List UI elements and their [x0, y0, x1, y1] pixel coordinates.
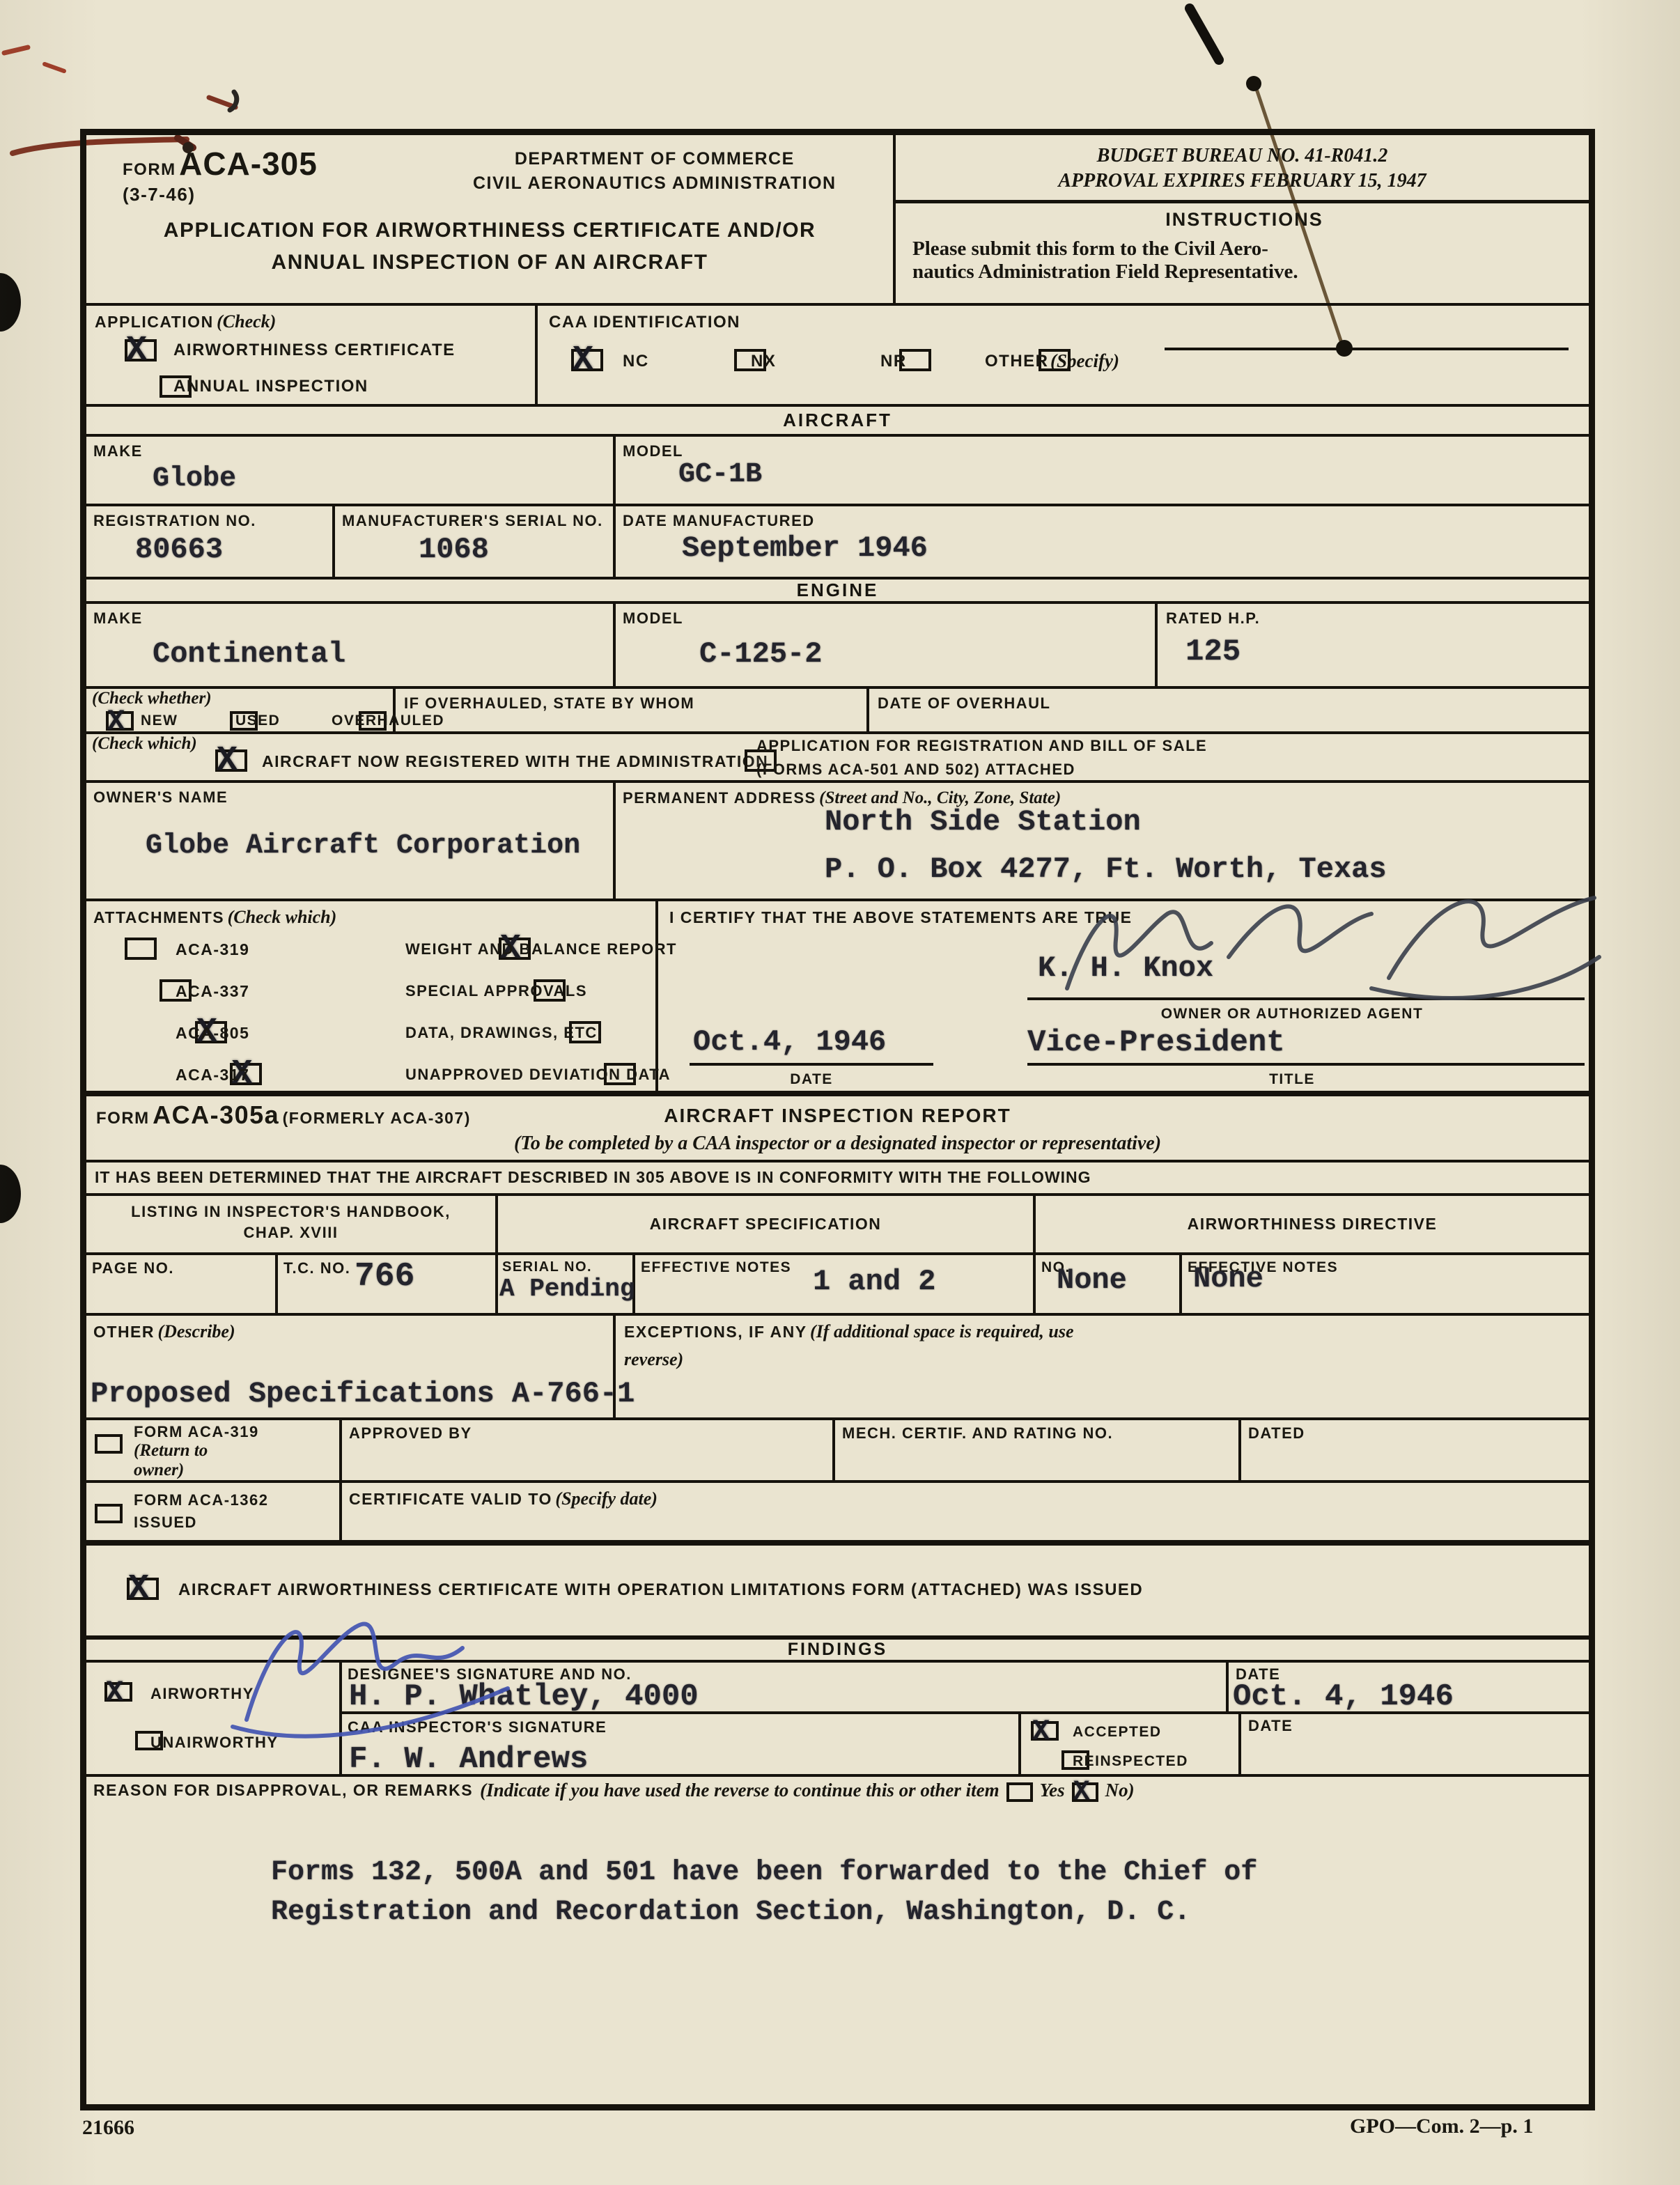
application-check-cell: APPLICATION (Check) X AIRWORTHINESS CERT… — [86, 306, 538, 404]
overhauled-by-label: IF OVERHAULED, STATE BY WHOM — [404, 694, 694, 713]
findings-band-title: FINDINGS — [788, 1640, 887, 1660]
engine-make-value: Continental — [153, 637, 345, 671]
rated-hp-label: RATED H.P. — [1166, 609, 1260, 628]
certify-title-caption: TITLE — [1027, 1071, 1557, 1088]
spec-serial-value: A Pending — [499, 1275, 635, 1303]
special-approvals-label: SPECIAL APPROVALS — [405, 982, 587, 1000]
airworthy-column: X AIRWORTHY X UNAIRWORTHY — [86, 1663, 342, 1774]
aca-317-label: ACA-317 — [176, 1066, 249, 1084]
date-of-overhaul-cell: DATE OF OVERHAUL — [869, 689, 1589, 731]
checkbox-certificate-issued[interactable]: X — [127, 1578, 159, 1600]
designee-signature-value: H. P. Whatley, 4000 — [349, 1679, 699, 1714]
aca-805-label: ACA-805 — [176, 1024, 249, 1043]
header-right: BUDGET BUREAU NO. 41-R041.2 APPROVAL EXP… — [896, 135, 1589, 303]
certify-title-value: Vice-President — [1027, 1025, 1285, 1060]
findings-band: FINDINGS — [86, 1640, 1589, 1663]
form-319-cell: X FORM ACA-319 (Return to owner) — [86, 1420, 342, 1480]
spec-serial-cell: SERIAL NO. A Pending — [498, 1255, 635, 1313]
form-319-return-note1: (Return to — [134, 1441, 208, 1461]
weight-balance-label: WEIGHT AND BALANCE REPORT — [405, 940, 677, 958]
unapproved-deviation-label: UNAPPROVED DEVIATION DATA — [405, 1066, 671, 1084]
approved-by-cell: APPROVED BY — [342, 1420, 835, 1480]
other-specify-note: (Specify) — [1050, 350, 1119, 372]
certificate-issued-row: X AIRCRAFT AIRWORTHINESS CERTIFICATE WIT… — [86, 1546, 1589, 1640]
engine-make-model-row: MAKE Continental MODEL C-125-2 RATED H.P… — [86, 604, 1589, 689]
inspector-date-label: DATE — [1248, 1717, 1293, 1735]
annual-inspection-label: ANNUAL INSPECTION — [173, 377, 368, 396]
approved-by-label: APPROVED BY — [349, 1424, 472, 1443]
findings-table: X AIRWORTHY X UNAIRWORTHY DESIGNEE'S SIG… — [86, 1663, 1589, 1777]
exceptions-note2: reverse) — [624, 1349, 683, 1370]
instructions-title: INSTRUCTIONS — [912, 209, 1576, 231]
directive-no-cell: NO. None — [1036, 1255, 1182, 1313]
spec-notes-cell: EFFECTIVE NOTES 1 and 2 — [635, 1255, 1036, 1313]
other-describe-label: OTHER — [93, 1323, 155, 1341]
determination-row: IT HAS BEEN DETERMINED THAT THE AIRCRAFT… — [86, 1163, 1589, 1196]
airworthiness-certificate-label: AIRWORTHINESS CERTIFICATE — [173, 341, 456, 360]
page-title-line2: ANNUAL INSPECTION OF AN AIRCRAFT — [86, 251, 893, 274]
findings-date-cell: DATE Oct. 4, 1946 — [1229, 1663, 1589, 1711]
engine-used-label: USED — [235, 713, 280, 729]
aircraft-make-label: MAKE — [93, 442, 143, 460]
checkbox-airworthy[interactable]: X — [104, 1682, 132, 1702]
other-describe-cell: OTHER (Describe) Proposed Specifications… — [86, 1316, 616, 1417]
reinspected-label: REINSPECTED — [1073, 1753, 1188, 1770]
dept-line2: CIVIL AERONAUTICS ADMINISTRATION — [473, 173, 837, 194]
attachments-certify-row: ATTACHMENTS (Check which) X ACA-319 X AC… — [86, 901, 1589, 1096]
certification-cell: I CERTIFY THAT THE ABOVE STATEMENTS ARE … — [658, 901, 1589, 1091]
engine-model-value: C-125-2 — [699, 637, 822, 671]
accepted-label: ACCEPTED — [1073, 1724, 1162, 1741]
certificate-issued-label: AIRCRAFT AIRWORTHINESS CERTIFICATE WITH … — [178, 1580, 1143, 1600]
form-number: ACA-305 — [179, 146, 318, 182]
address-line2-value: P. O. Box 4277, Ft. Worth, Texas — [825, 853, 1387, 886]
remarks-text-line2: Registration and Recordation Section, Wa… — [271, 1897, 1190, 1928]
engine-model-cell: MODEL C-125-2 — [616, 604, 1158, 686]
form-aca-305: FORM ACA-305 (3-7-46) DEPARTMENT OF COMM… — [80, 129, 1595, 2110]
report-subtitle: (To be completed by a CAA inspector or a… — [86, 1133, 1589, 1155]
exceptions-label: EXCEPTIONS, IF ANY — [624, 1323, 807, 1341]
page-title-line1: APPLICATION FOR AIRWORTHINESS CERTIFICAT… — [86, 219, 893, 242]
nx-label: NX — [751, 352, 776, 371]
checkbox-accepted[interactable]: X — [1031, 1721, 1059, 1741]
determination-text: IT HAS BEEN DETERMINED THAT THE AIRCRAFT… — [95, 1168, 1091, 1187]
attachments-check-note: (Check which) — [228, 907, 337, 927]
report-title: AIRCRAFT INSPECTION REPORT — [86, 1105, 1589, 1127]
conformity-values-row: PAGE NO. T.C. NO. 766 SERIAL NO. A Pendi… — [86, 1255, 1589, 1313]
conformity-header-row: LISTING IN INSPECTOR'S HANDBOOK, CHAP. X… — [86, 1196, 1589, 1255]
mech-certif-label: MECH. CERTIF. AND RATING NO. — [842, 1424, 1113, 1443]
engine-model-label: MODEL — [623, 609, 683, 628]
instructions-text1: Please submit this form to the Civil Aer… — [912, 238, 1576, 261]
approval-expires-line: APPROVAL EXPIRES FEBRUARY 15, 1947 — [896, 170, 1589, 192]
handbook-label-line1: LISTING IN INSPECTOR'S HANDBOOK, — [86, 1203, 495, 1221]
remarks-row: REASON FOR DISAPPROVAL, OR REMARKS (Indi… — [86, 1777, 1589, 2104]
form-1362-issued-label: ISSUED — [134, 1514, 197, 1532]
other-exceptions-row: OTHER (Describe) Proposed Specifications… — [86, 1316, 1589, 1420]
owner-signature-line[interactable] — [1027, 997, 1585, 1000]
reverse-yes-label: Yes — [1040, 1780, 1065, 1801]
permanent-address-note: (Street and No., City, Zone, State) — [819, 788, 1061, 807]
checkbox-aca-319[interactable]: X — [125, 938, 157, 960]
serial-no-cell: MANUFACTURER'S SERIAL NO. 1068 — [335, 506, 616, 577]
date-manufactured-cell: DATE MANUFACTURED September 1946 — [616, 506, 1589, 577]
findings-date-value: Oct. 4, 1946 — [1233, 1679, 1454, 1714]
other-describe-note: (Describe) — [157, 1321, 235, 1342]
date-manufactured-value: September 1946 — [682, 531, 928, 565]
certificate-valid-note: (Specify date) — [555, 1488, 658, 1509]
form-1362-cell: X FORM ACA-1362 ISSUED — [86, 1483, 342, 1540]
dated-label: DATED — [1248, 1424, 1305, 1443]
registration-no-label: REGISTRATION NO. — [93, 512, 256, 530]
conformity-table: LISTING IN INSPECTOR'S HANDBOOK, CHAP. X… — [86, 1196, 1589, 1316]
aircraft-model-label: MODEL — [623, 442, 683, 460]
accepted-reinspected-cell: X ACCEPTED X REINSPECTED — [1021, 1714, 1241, 1774]
inspector-signature-cell: CAA INSPECTOR'S SIGNATURE F. W. Andrews — [342, 1714, 1021, 1774]
other-describe-value: Proposed Specifications A-766-1 — [91, 1377, 635, 1410]
designee-row: DESIGNEE'S SIGNATURE AND NO. H. P. Whatl… — [342, 1663, 1589, 1714]
unairworthy-label: UNAIRWORTHY — [150, 1734, 279, 1752]
checkbox-form-1362-issued[interactable]: X — [95, 1504, 123, 1523]
aircraft-make-value: Globe — [153, 463, 236, 495]
check-mark: X — [128, 1569, 149, 1609]
handbook-label-line2: CHAP. XVIII — [86, 1224, 495, 1242]
engine-make-cell: MAKE Continental — [86, 604, 616, 686]
form-319-label: FORM ACA-319 — [134, 1423, 259, 1441]
spec-notes-value: 1 and 2 — [813, 1265, 935, 1298]
check-mark: X — [1073, 1777, 1090, 1808]
permanent-address-cell: PERMANENT ADDRESS (Street and No., City,… — [616, 783, 1589, 899]
certificate-valid-cell: CERTIFICATE VALID TO (Specify date) — [342, 1483, 1589, 1540]
aircraft-specification-label: AIRCRAFT SPECIFICATION — [650, 1215, 882, 1234]
checkbox-engine-new[interactable]: X — [106, 711, 134, 731]
registration-attached-line1: APPLICATION FOR REGISTRATION AND BILL OF… — [756, 737, 1207, 755]
caa-identification-label: CAA IDENTIFICATION — [549, 313, 740, 332]
engine-make-label: MAKE — [93, 609, 143, 628]
caa-identification-cell: CAA IDENTIFICATION X NC X NX X NR X OTHE… — [538, 306, 1589, 404]
dated-cell: DATED — [1241, 1420, 1589, 1480]
engine-band-title: ENGINE — [797, 580, 879, 601]
directive-notes-value: None — [1193, 1262, 1263, 1296]
owner-name-value: Globe Aircraft Corporation — [146, 830, 580, 862]
certify-date-line[interactable] — [690, 1063, 933, 1066]
data-drawings-label: DATA, DRAWINGS, ETC. — [405, 1024, 602, 1042]
check-mark: X — [1032, 1715, 1050, 1748]
hole-punch-bottom — [0, 1165, 21, 1223]
form-label: FORM — [123, 160, 176, 179]
form-319-row: X FORM ACA-319 (Return to owner) APPROVE… — [86, 1420, 1589, 1483]
budget-bureau-line: BUDGET BUREAU NO. 41-R041.2 — [896, 145, 1589, 167]
directive-no-value: None — [1057, 1263, 1127, 1297]
header-row: FORM ACA-305 (3-7-46) DEPARTMENT OF COMM… — [86, 135, 1589, 306]
page-no-cell: PAGE NO. — [86, 1255, 278, 1313]
permanent-address-label: PERMANENT ADDRESS — [623, 789, 816, 807]
certificate-valid-label: CERTIFICATE VALID TO — [349, 1490, 552, 1508]
designee-signature-cell: DESIGNEE'S SIGNATURE AND NO. H. P. Whatl… — [342, 1663, 1229, 1711]
instructions-text2: nautics Administration Field Representat… — [912, 261, 1576, 283]
form-319-return-note2: owner) — [134, 1461, 184, 1480]
engine-condition-row: (Check whether) X NEW X USED X OVERHAULE… — [86, 689, 1589, 734]
header-left: FORM ACA-305 (3-7-46) DEPARTMENT OF COMM… — [86, 135, 896, 303]
owner-name-label: OWNER'S NAME — [93, 788, 228, 807]
check-which-note: (Check which) — [92, 734, 197, 754]
checkbox-airworthiness-certificate[interactable]: X — [125, 339, 157, 361]
aircraft-model-cell: MODEL GC-1B — [616, 437, 1589, 504]
airworthy-label: AIRWORTHY — [150, 1685, 254, 1703]
aircraft-section-band: AIRCRAFT — [86, 407, 1589, 437]
footer-print-number: 21666 — [82, 2116, 134, 2140]
page-no-label: PAGE NO. — [92, 1259, 174, 1277]
attachments-label: ATTACHMENTS — [93, 908, 224, 926]
directive-notes-cell: EFFECTIVE NOTES None — [1182, 1255, 1589, 1313]
remarks-text-line1: Forms 132, 500A and 501 have been forwar… — [271, 1857, 1257, 1888]
footer-gpo-note: GPO—Com. 2—p. 1 — [1350, 2115, 1533, 2138]
attachments-cell: ATTACHMENTS (Check which) X ACA-319 X AC… — [86, 901, 658, 1091]
check-mark: X — [217, 741, 238, 781]
rated-hp-cell: RATED H.P. 125 — [1158, 604, 1589, 686]
application-check-note: (Check) — [217, 311, 276, 332]
check-mark: X — [126, 331, 147, 371]
spec-notes-label: EFFECTIVE NOTES — [641, 1259, 791, 1276]
other-label: OTHER — [985, 352, 1049, 371]
application-caa-row: APPLICATION (Check) X AIRWORTHINESS CERT… — [86, 306, 1589, 407]
date-manufactured-label: DATE MANUFACTURED — [623, 512, 815, 530]
owner-name-cell: OWNER'S NAME Globe Aircraft Corporation — [86, 783, 616, 899]
dept-line1: DEPARTMENT OF COMMERCE — [473, 149, 837, 169]
serial-no-label: MANUFACTURER'S SERIAL NO. — [342, 512, 603, 530]
aircraft-band-title: AIRCRAFT — [783, 410, 892, 431]
checkbox-nc[interactable]: X — [571, 349, 603, 371]
certify-date-caption: DATE — [690, 1071, 933, 1088]
certify-date-value: Oct.4, 1946 — [693, 1025, 886, 1059]
date-of-overhaul-label: DATE OF OVERHAUL — [878, 694, 1050, 713]
registration-no-cell: REGISTRATION NO. 80663 — [86, 506, 335, 577]
scanned-form-page: FORM ACA-305 (3-7-46) DEPARTMENT OF COMM… — [0, 0, 1680, 2185]
owner-address-row: OWNER'S NAME Globe Aircraft Corporation … — [86, 783, 1589, 901]
engine-new-label: NEW — [141, 713, 178, 729]
hole-punch-top — [0, 273, 21, 332]
checkbox-reverse-yes[interactable]: X — [1006, 1782, 1033, 1802]
aca-319-label: ACA-319 — [176, 940, 249, 959]
tc-no-value: 766 — [355, 1258, 414, 1296]
nc-label: NC — [623, 352, 649, 371]
exceptions-note1: (If additional space is required, use — [810, 1321, 1073, 1342]
form-1362-label: FORM ACA-1362 — [134, 1491, 269, 1509]
checkbox-reverse-no[interactable]: X — [1072, 1782, 1098, 1802]
inspector-date-cell: DATE — [1241, 1714, 1589, 1774]
inspector-row: CAA INSPECTOR'S SIGNATURE F. W. Andrews … — [342, 1714, 1589, 1774]
check-mark: X — [106, 1676, 123, 1709]
check-whether-cell: (Check whether) X NEW X USED X OVERHAULE… — [86, 689, 396, 731]
remarks-label: REASON FOR DISAPPROVAL, OR REMARKS — [93, 1781, 473, 1800]
inspector-signature-label: CAA INSPECTOR'S SIGNATURE — [348, 1718, 607, 1736]
remarks-note: (Indicate if you have used the reverse t… — [480, 1780, 999, 1801]
overhauled-by-cell: IF OVERHAULED, STATE BY WHOM — [396, 689, 869, 731]
address-line1-value: North Side Station — [825, 805, 1141, 839]
checkbox-form-319-return[interactable]: X — [95, 1434, 123, 1454]
owner-signature-typed: K. H. Knox — [1038, 951, 1213, 985]
form-date: (3-7-46) — [123, 184, 318, 205]
tc-no-label: T.C. NO. — [283, 1259, 350, 1277]
mech-certif-cell: MECH. CERTIF. AND RATING NO. — [835, 1420, 1241, 1480]
aca-337-label: ACA-337 — [176, 982, 249, 1001]
form-1362-row: X FORM ACA-1362 ISSUED CERTIFICATE VALID… — [86, 1483, 1589, 1546]
airworthiness-directive-label: AIRWORTHINESS DIRECTIVE — [1188, 1215, 1438, 1234]
engine-section-band: ENGINE — [86, 580, 1589, 604]
application-label: APPLICATION — [95, 313, 214, 331]
nr-label: NR — [880, 352, 907, 371]
aircraft-reg-serial-date-row: REGISTRATION NO. 80663 MANUFACTURER'S SE… — [86, 506, 1589, 580]
exceptions-cell: EXCEPTIONS, IF ANY (If additional space … — [616, 1316, 1589, 1417]
owner-agent-caption: OWNER OR AUTHORIZED AGENT — [1027, 1006, 1557, 1022]
aircraft-make-cell: MAKE Globe — [86, 437, 616, 504]
registration-no-value: 80663 — [135, 533, 223, 566]
other-specify-blank[interactable] — [1165, 348, 1569, 350]
certify-statement: I CERTIFY THAT THE ABOVE STATEMENTS ARE … — [669, 908, 1132, 927]
registration-status-row: (Check which) X AIRCRAFT NOW REGISTERED … — [86, 734, 1589, 783]
tc-no-cell: T.C. NO. 766 — [278, 1255, 498, 1313]
inspector-signature-value: F. W. Andrews — [349, 1742, 588, 1777]
aircraft-model-value: GC-1B — [678, 459, 762, 490]
check-mark: X — [573, 341, 593, 380]
checkbox-aircraft-registered[interactable]: X — [215, 749, 247, 772]
check-mark: X — [107, 705, 125, 738]
rated-hp-value: 125 — [1185, 635, 1240, 669]
serial-no-value: 1068 — [419, 533, 489, 566]
aircraft-make-model-row: MAKE Globe MODEL GC-1B — [86, 437, 1589, 506]
aircraft-registered-label: AIRCRAFT NOW REGISTERED WITH THE ADMINIS… — [262, 752, 768, 771]
reverse-no-label: No) — [1105, 1780, 1135, 1801]
certify-title-line[interactable] — [1027, 1063, 1585, 1066]
spec-serial-label: SERIAL NO. — [502, 1259, 592, 1275]
registration-attached-line2: (FORMS ACA-501 AND 502) ATTACHED — [756, 761, 1075, 779]
inspection-report-header-row: FORM ACA-305a (FORMERLY ACA-307) AIRCRAF… — [86, 1096, 1589, 1163]
